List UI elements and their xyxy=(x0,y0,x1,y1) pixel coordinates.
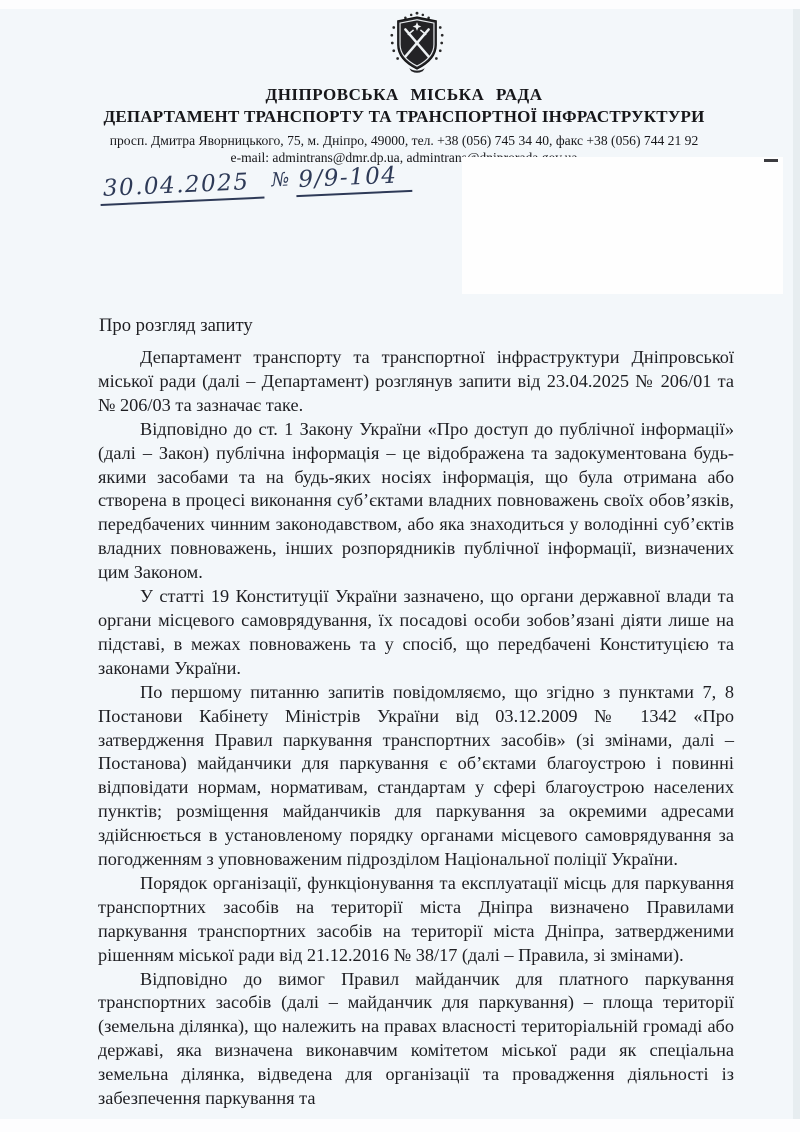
letter-body: Департамент транспорту та транспортної і… xyxy=(98,346,734,1111)
handwritten-number: 9/9-104 xyxy=(295,162,412,197)
redaction-mark xyxy=(764,159,778,162)
scanned-letter-page: ДНІПРОВСЬКА МІСЬКА РАДА ДЕПАРТАМЕНТ ТРАН… xyxy=(0,0,800,1132)
address-line: просп. Дмитра Яворницького, 75, м. Дніпр… xyxy=(24,133,784,149)
paragraph: У статті 19 Конституції України зазначен… xyxy=(98,585,734,681)
department-name: ДЕПАРТАМЕНТ ТРАНСПОРТУ ТА ТРАНСПОРТНОЇ І… xyxy=(24,107,784,127)
subject-line: Про розгляд запиту xyxy=(99,315,253,337)
paragraph: Департамент транспорту та транспортної і… xyxy=(98,346,734,418)
scan-edge-shadow xyxy=(793,9,800,1119)
paragraph: Відповідно до вимог Правил майданчик для… xyxy=(98,968,734,1111)
coat-of-arms-emblem xyxy=(386,10,448,76)
paragraph: Порядок організації, функціонування та е… xyxy=(98,872,734,968)
number-sign: № xyxy=(271,168,290,191)
organization-name: ДНІПРОВСЬКА МІСЬКА РАДА xyxy=(24,85,784,105)
redacted-recipient-area xyxy=(462,157,783,294)
paragraph: По першому питанню запитів повідомляємо,… xyxy=(98,681,734,872)
paragraph: Відповідно до ст. 1 Закону України «Про … xyxy=(98,418,734,585)
